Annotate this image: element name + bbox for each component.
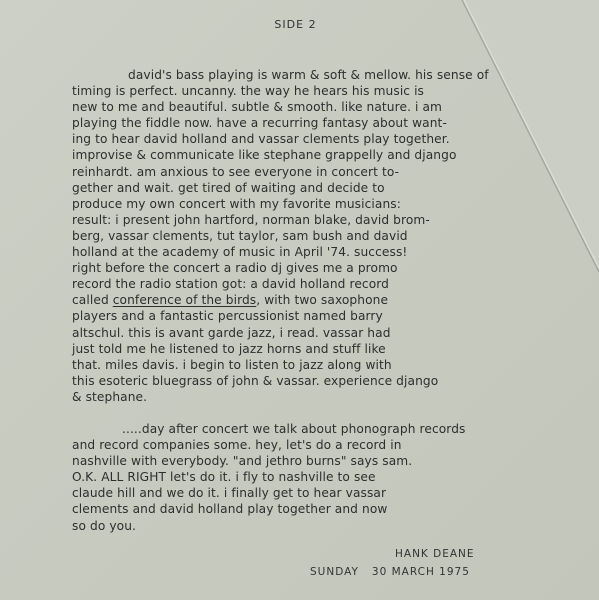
text-line: new to me and beautiful. subtle & smooth… [72, 99, 532, 115]
text-line: clements and david holland play together… [72, 501, 532, 517]
text-line: and record companies some. hey, let's do… [72, 437, 532, 453]
text-line: so do you. [72, 518, 532, 534]
text-line: O.K. ALL RIGHT let's do it. i fly to nas… [72, 469, 532, 485]
text-line: players and a fantastic percussionist na… [72, 308, 532, 324]
text-line: reinhardt. am anxious to see everyone in… [72, 164, 532, 180]
text-line: altschul. this is avant garde jazz, i re… [72, 325, 532, 341]
text-line: this esoteric bluegrass of john & vassar… [72, 373, 532, 389]
text-line: claude hill and we do it. i finally get … [72, 485, 532, 501]
text-line: berg, vassar clements, tut taylor, sam b… [72, 228, 532, 244]
text-line: nashville with everybody. "and jethro bu… [72, 453, 532, 469]
text-line: right before the concert a radio dj give… [72, 260, 532, 276]
text-line: called conference of the birds, with two… [72, 292, 532, 308]
text-line: timing is perfect. uncanny. the way he h… [72, 83, 532, 99]
text-fragment: called [72, 293, 113, 307]
text-line: improvise & communicate like stephane gr… [72, 147, 532, 163]
text-line: just told me he listened to jazz horns a… [72, 341, 532, 357]
text-line: ing to hear david holland and vassar cle… [72, 131, 532, 147]
text-line: record the radio station got: a david ho… [72, 276, 532, 292]
text-line: & stephane. [72, 389, 532, 405]
page-title: SIDE 2 [0, 18, 595, 31]
album-title: conference of the birds [113, 293, 257, 307]
text-line: gether and wait. get tired of waiting an… [72, 180, 532, 196]
paragraph-2: .....day after concert we talk about pho… [72, 421, 532, 534]
text-line: holland at the academy of music in April… [72, 244, 532, 260]
signature-date: SUNDAY 30 MARCH 1975 [310, 566, 470, 578]
text-line: result: i present john hartford, norman … [72, 212, 532, 228]
text-line: that. miles davis. i begin to listen to … [72, 357, 532, 373]
text-line: .....day after concert we talk about pho… [72, 421, 532, 437]
text-line: david's bass playing is warm & soft & me… [72, 67, 532, 83]
text-fragment: , with two saxophone [256, 293, 388, 307]
text-line: produce my own concert with my favorite … [72, 196, 532, 212]
text-line: playing the fiddle now. have a recurring… [72, 115, 532, 131]
signature-name: HANK DEANE [395, 548, 475, 560]
paragraph-1: david's bass playing is warm & soft & me… [72, 67, 532, 405]
